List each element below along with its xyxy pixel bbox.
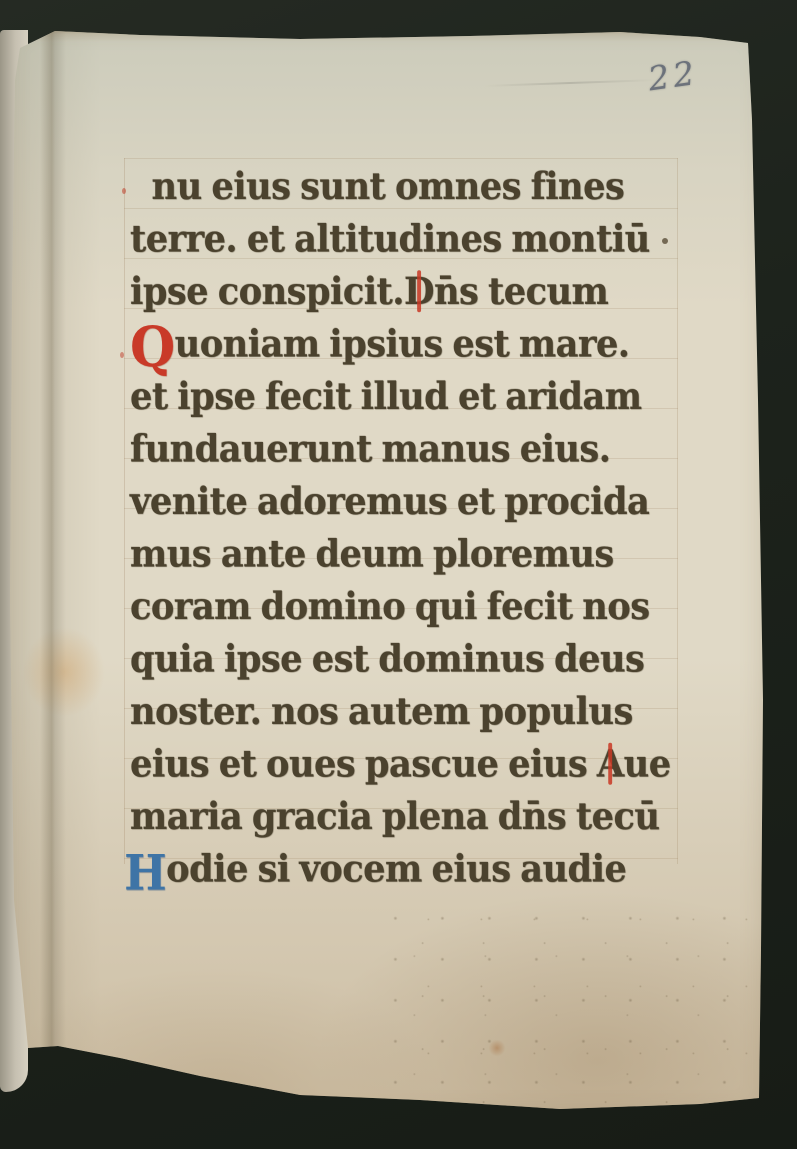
text-line-1: nu eius sunt omnes fines xyxy=(130,160,659,213)
text-block: nu eius sunt omnes fines terre. et altit… xyxy=(130,160,659,895)
line-text: eius et oues pascue eius xyxy=(130,742,597,786)
text-line-8: mus ante deum ploremus xyxy=(130,528,659,581)
initial-d-red-stroked: D xyxy=(404,265,434,318)
text-line-12: eius et oues pascue eius Aue xyxy=(130,738,659,791)
line-text: uoniam ipsius est mare. xyxy=(175,322,630,366)
gutter-shadow xyxy=(40,26,66,1114)
text-line-7: venite adoremus et procida xyxy=(130,475,659,528)
text-line-4: Quoniam ipsius est mare. xyxy=(130,318,659,371)
scratch-mark xyxy=(484,79,656,87)
line-text: nu eius sunt omnes fines xyxy=(152,164,625,208)
text-line-10: quia ipse est dominus deus xyxy=(130,633,659,686)
text-line-3: ipse conspicit.Dn̄s tecum xyxy=(130,265,659,318)
margin-mark-red-2 xyxy=(120,352,124,358)
line-text: et ipse fecit illud et aridam xyxy=(130,374,641,418)
initial-h-blue: H xyxy=(124,845,166,902)
text-line-5: et ipse fecit illud et aridam xyxy=(130,370,659,423)
line-text: coram domino qui fecit nos xyxy=(130,584,649,628)
line-text: ipse conspicit. xyxy=(130,269,404,313)
manuscript-page: 22 nu eius sunt omnes fines terre. et al… xyxy=(6,26,764,1114)
line-text: terre. et altitudines montiū xyxy=(130,217,650,261)
line-text: quia ipse est dominus deus xyxy=(130,637,644,681)
margin-dot xyxy=(662,238,668,244)
line-text: mus ante deum ploremus xyxy=(130,532,614,576)
text-line-6: fundauerunt manus eius. xyxy=(130,423,659,476)
text-line-11: noster. nos autem populus xyxy=(130,685,659,738)
manuscript-photo: 22 nu eius sunt omnes fines terre. et al… xyxy=(0,0,797,1149)
line-text: venite adoremus et procida xyxy=(130,479,649,523)
speckle-overlay xyxy=(386,906,756,1106)
line-text: noster. nos autem populus xyxy=(130,689,633,733)
line-text: maria gracia plena dn̄s tecū xyxy=(130,794,659,838)
line-text: n̄s tecum xyxy=(434,269,608,313)
line-text: fundauerunt manus eius. xyxy=(130,427,610,471)
text-line-14: Hodie si vocem eius audie xyxy=(130,842,659,895)
initial-a-red-stroked: A xyxy=(597,738,624,791)
text-line-2: terre. et altitudines montiū xyxy=(130,213,659,266)
text-line-9: coram domino qui fecit nos xyxy=(130,580,659,633)
margin-mark-red-1 xyxy=(122,188,126,194)
text-line-13: maria gracia plena dn̄s tecū xyxy=(130,790,659,842)
line-text: odie si vocem eius audie xyxy=(166,847,626,891)
folio-number: 22 xyxy=(646,49,731,99)
line-text: ue xyxy=(624,742,671,786)
